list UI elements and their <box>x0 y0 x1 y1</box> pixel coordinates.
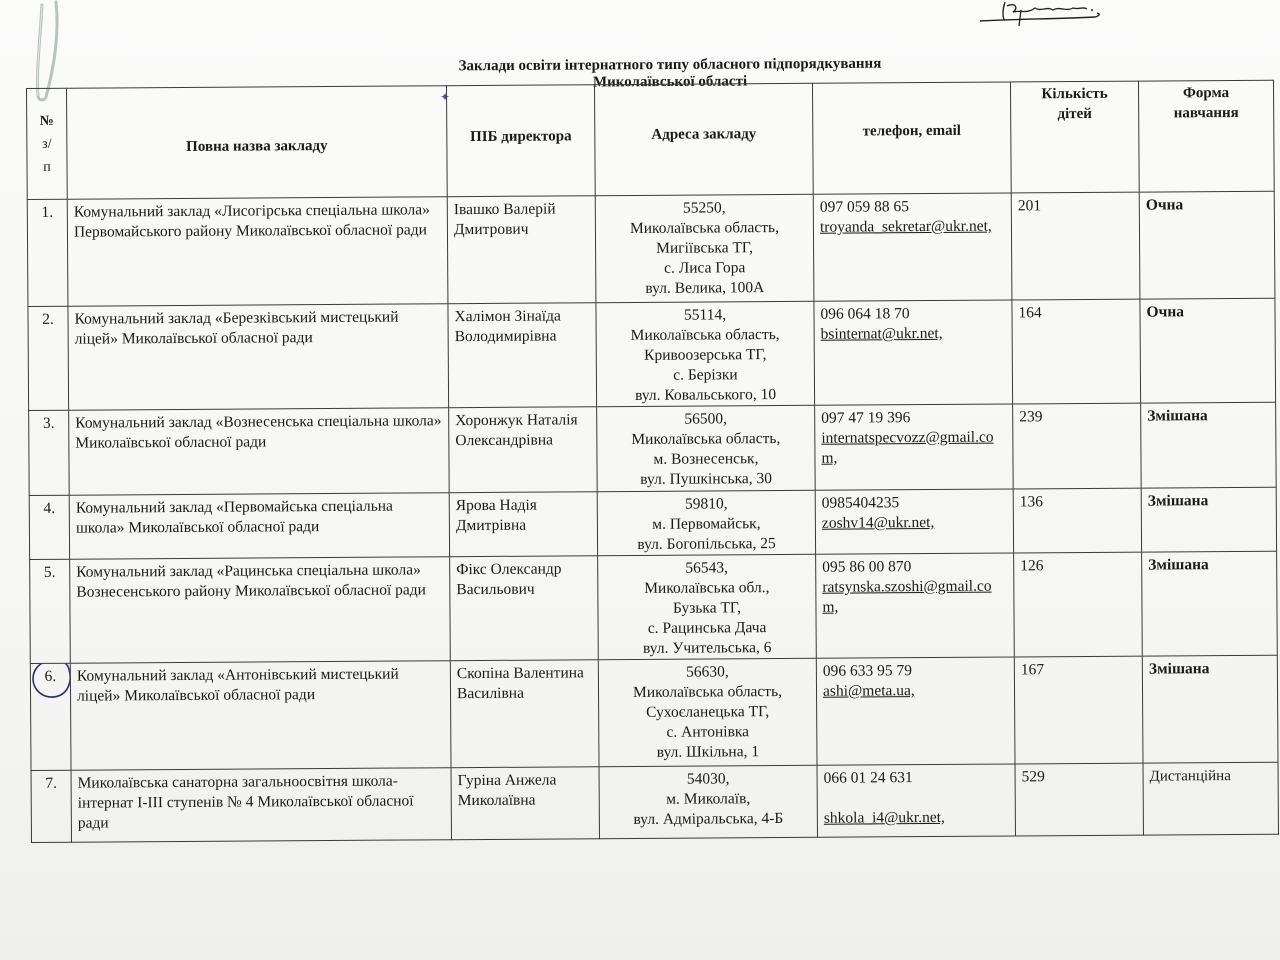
email-link[interactable]: zoshv14@ukr.net, <box>822 513 1007 534</box>
children-count: 201 <box>1011 192 1140 300</box>
header-num-line: № <box>31 109 62 132</box>
row-number: 4. <box>29 495 69 559</box>
header-contact: телефон, email <box>812 82 1011 194</box>
row-number: 2. <box>28 306 69 410</box>
table-row: 6. Комунальний заклад «Антонівський мист… <box>30 655 1278 770</box>
header-form: Форма навчання <box>1138 80 1274 192</box>
address-line: 55114, <box>602 305 807 326</box>
contact-info: 0985404235 zoshv14@ukr.net, <box>815 489 1013 554</box>
table-row: 3. Комунальний заклад «Вознесенська спец… <box>29 402 1277 495</box>
education-form: Змішана <box>1142 655 1278 763</box>
header-address: Адреса закладу <box>594 83 813 195</box>
address-line: Миколаївська область, <box>603 325 808 346</box>
children-count: 136 <box>1013 488 1141 553</box>
education-form: Змішана <box>1141 402 1277 488</box>
director-name: Івашко Валерій Дмитрович <box>447 196 596 304</box>
phone-number: 097 47 19 396 <box>821 408 1006 429</box>
director-name: Халімон Зінаїда Володимирівна <box>448 303 597 408</box>
contact-info: 097 47 19 396 internatspecvozz@gmail.com… <box>815 404 1014 490</box>
children-count: 167 <box>1014 656 1143 764</box>
phone-number: 066 01 24 631 <box>824 767 1009 788</box>
institution-name: Комунальний заклад «Березківський мистец… <box>68 304 449 411</box>
address-line: Миколаївська область, <box>603 429 808 450</box>
director-name: Гуріна Анжела Миколаївна <box>451 767 599 840</box>
table-row: 7. Миколаївська санаторна загальноосвітн… <box>31 762 1278 842</box>
address-line: Миколаївська область, <box>602 218 807 239</box>
row-number: 1. <box>27 199 68 306</box>
contact-info: 096 064 18 70 bsinternat@ukr.net, <box>814 300 1013 405</box>
address-line: Миколаївська область, <box>605 682 810 703</box>
phone-number: 097 059 88 65 <box>820 197 1005 218</box>
table-row: 5. Комунальний заклад «Рацинська спеціал… <box>30 551 1278 663</box>
education-form: Очна <box>1139 191 1275 299</box>
header-name: Повна назва закладу <box>67 86 448 200</box>
address-line: 56500, <box>603 409 808 430</box>
circled-row-number: 6. <box>45 667 57 687</box>
address-line: вул. Адміральська, 4-Б <box>606 809 811 830</box>
address-line: с. Берізки <box>603 365 808 386</box>
address-line: 56630, <box>605 662 810 683</box>
address-line: 54030, <box>606 769 811 790</box>
institution-name: Комунальний заклад «Первомайська спеціал… <box>69 493 449 560</box>
address-line: Бузька ТГ, <box>604 598 809 619</box>
header-num-line: п <box>31 155 62 178</box>
row-number-text: 6. <box>45 668 57 685</box>
header-num-line: з/ <box>31 132 62 155</box>
institution-address: 55250, Миколаївська область, Мигіївська … <box>595 194 814 302</box>
children-count: 164 <box>1012 299 1141 404</box>
director-name: Хоронжук Наталія Олександрівна <box>449 407 598 493</box>
address-line: вул. Шкільна, 1 <box>605 742 810 763</box>
institution-address: 54030, м. Миколаїв, вул. Адміральська, 4… <box>599 765 817 838</box>
institution-name: Миколаївська санаторна загальноосвітня ш… <box>71 768 451 843</box>
institution-name: Комунальний заклад «Вознесенська спеціал… <box>69 408 450 496</box>
address-line: 56543, <box>604 558 809 579</box>
address-line: вул. Велика, 100А <box>602 278 807 299</box>
children-count: 126 <box>1014 552 1143 657</box>
address-line: вул. Учительська, 6 <box>605 638 810 659</box>
table-row: 4. Комунальний заклад «Первомайська спец… <box>29 487 1276 559</box>
institution-address: 56630, Миколаївська область, Сухоєланець… <box>598 658 817 766</box>
row-number: 3. <box>29 410 70 495</box>
address-line: 55250, <box>602 198 807 219</box>
email-link[interactable]: internatspecvozz@gmail.com, <box>821 428 1006 469</box>
institution-address: 59810, м. Первомайськ, вул. Богопільська… <box>597 490 815 555</box>
contact-info: 066 01 24 631 shkola_i4@ukr.net, <box>817 764 1015 837</box>
institution-address: 55114, Миколаївська область, Кривоозерсь… <box>596 301 815 406</box>
education-form: Дистанційна <box>1143 762 1278 835</box>
address-line: с. Лиса Гора <box>602 258 807 279</box>
address-line: Сухоєланецька ТГ, <box>605 702 810 723</box>
contact-info: 095 86 00 870 ratsynska.szoshi@gmail.com… <box>816 553 1015 658</box>
phone-number: 096 064 18 70 <box>820 304 1005 325</box>
institution-name: Комунальний заклад «Рацинська спеціальна… <box>70 557 451 664</box>
children-count: 239 <box>1013 403 1142 489</box>
address-line: вул. Ковальського, 10 <box>603 385 808 406</box>
contact-info: 097 059 88 65 troyanda_sekretar@ukr.net, <box>813 193 1012 301</box>
row-number: 5. <box>30 559 71 663</box>
table-header-row: № з/ п Повна назва закладу ПІБ директора… <box>27 80 1275 199</box>
email-link[interactable]: bsinternat@ukr.net, <box>821 324 1006 345</box>
address-line: м. Вознесенськ, <box>603 449 808 470</box>
header-num: № з/ п <box>27 88 68 199</box>
email-link[interactable]: troyanda_sekretar@ukr.net, <box>820 217 1005 238</box>
director-name: Скопіна Валентина Василівна <box>450 660 599 768</box>
address-line: с. Антонівка <box>605 722 810 743</box>
phone-number: 095 86 00 870 <box>822 557 1007 578</box>
children-count: 529 <box>1015 763 1143 836</box>
contact-info: 096 633 95 79 ashi@meta.ua, <box>816 657 1015 765</box>
row-number: 6. <box>30 663 71 770</box>
institution-name: Комунальний заклад «Лисогірська спеціаль… <box>67 197 448 307</box>
header-director: ПІБ директора <box>446 85 595 197</box>
address-line: вул. Пушкінська, 30 <box>604 469 809 490</box>
scanned-document-page: Заклади освіти інтернатного типу обласно… <box>0 0 1280 960</box>
handwritten-signature <box>975 0 1125 28</box>
header-children: Кількість дітей <box>1010 81 1139 193</box>
spacer <box>824 787 1009 808</box>
education-form: Очна <box>1140 298 1276 403</box>
email-link[interactable]: ashi@meta.ua, <box>823 681 1008 702</box>
address-line: Миколаївська обл., <box>604 578 809 599</box>
address-line: Мигіївська ТГ, <box>602 238 807 259</box>
education-form: Змішана <box>1142 551 1278 656</box>
email-link[interactable]: shkola_i4@ukr.net, <box>824 807 1009 828</box>
institution-address: 56543, Миколаївська обл., Бузька ТГ, с. … <box>598 554 817 659</box>
institution-address: 56500, Миколаївська область, м. Вознесен… <box>597 405 816 491</box>
institutions-table: № з/ п Повна назва закладу ПІБ директора… <box>26 80 1279 843</box>
address-line: вул. Богопільська, 25 <box>604 534 809 555</box>
address-line: м. Первомайськ, <box>604 514 809 535</box>
address-line: 59810, <box>604 494 809 515</box>
table-row: 1. Комунальний заклад «Лисогірська спеці… <box>27 191 1275 306</box>
director-name: Ярова Надія Дмитрівна <box>449 492 597 557</box>
director-name: Фікс Олександр Васильович <box>450 556 599 661</box>
email-link[interactable]: ratsynska.szoshi@gmail.com, <box>822 577 1007 618</box>
row-number: 7. <box>31 770 71 842</box>
phone-number: 096 633 95 79 <box>823 661 1008 682</box>
address-line: с. Рацинська Дача <box>605 618 810 639</box>
address-line: Кривоозерська ТГ, <box>603 345 808 366</box>
phone-number: 0985404235 <box>822 493 1007 514</box>
table-row: 2. Комунальний заклад «Березківський мис… <box>28 298 1276 410</box>
institution-name: Комунальний заклад «Антонівський мистець… <box>70 661 451 771</box>
education-form: Змішана <box>1141 487 1276 552</box>
address-line: м. Миколаїв, <box>606 789 811 810</box>
